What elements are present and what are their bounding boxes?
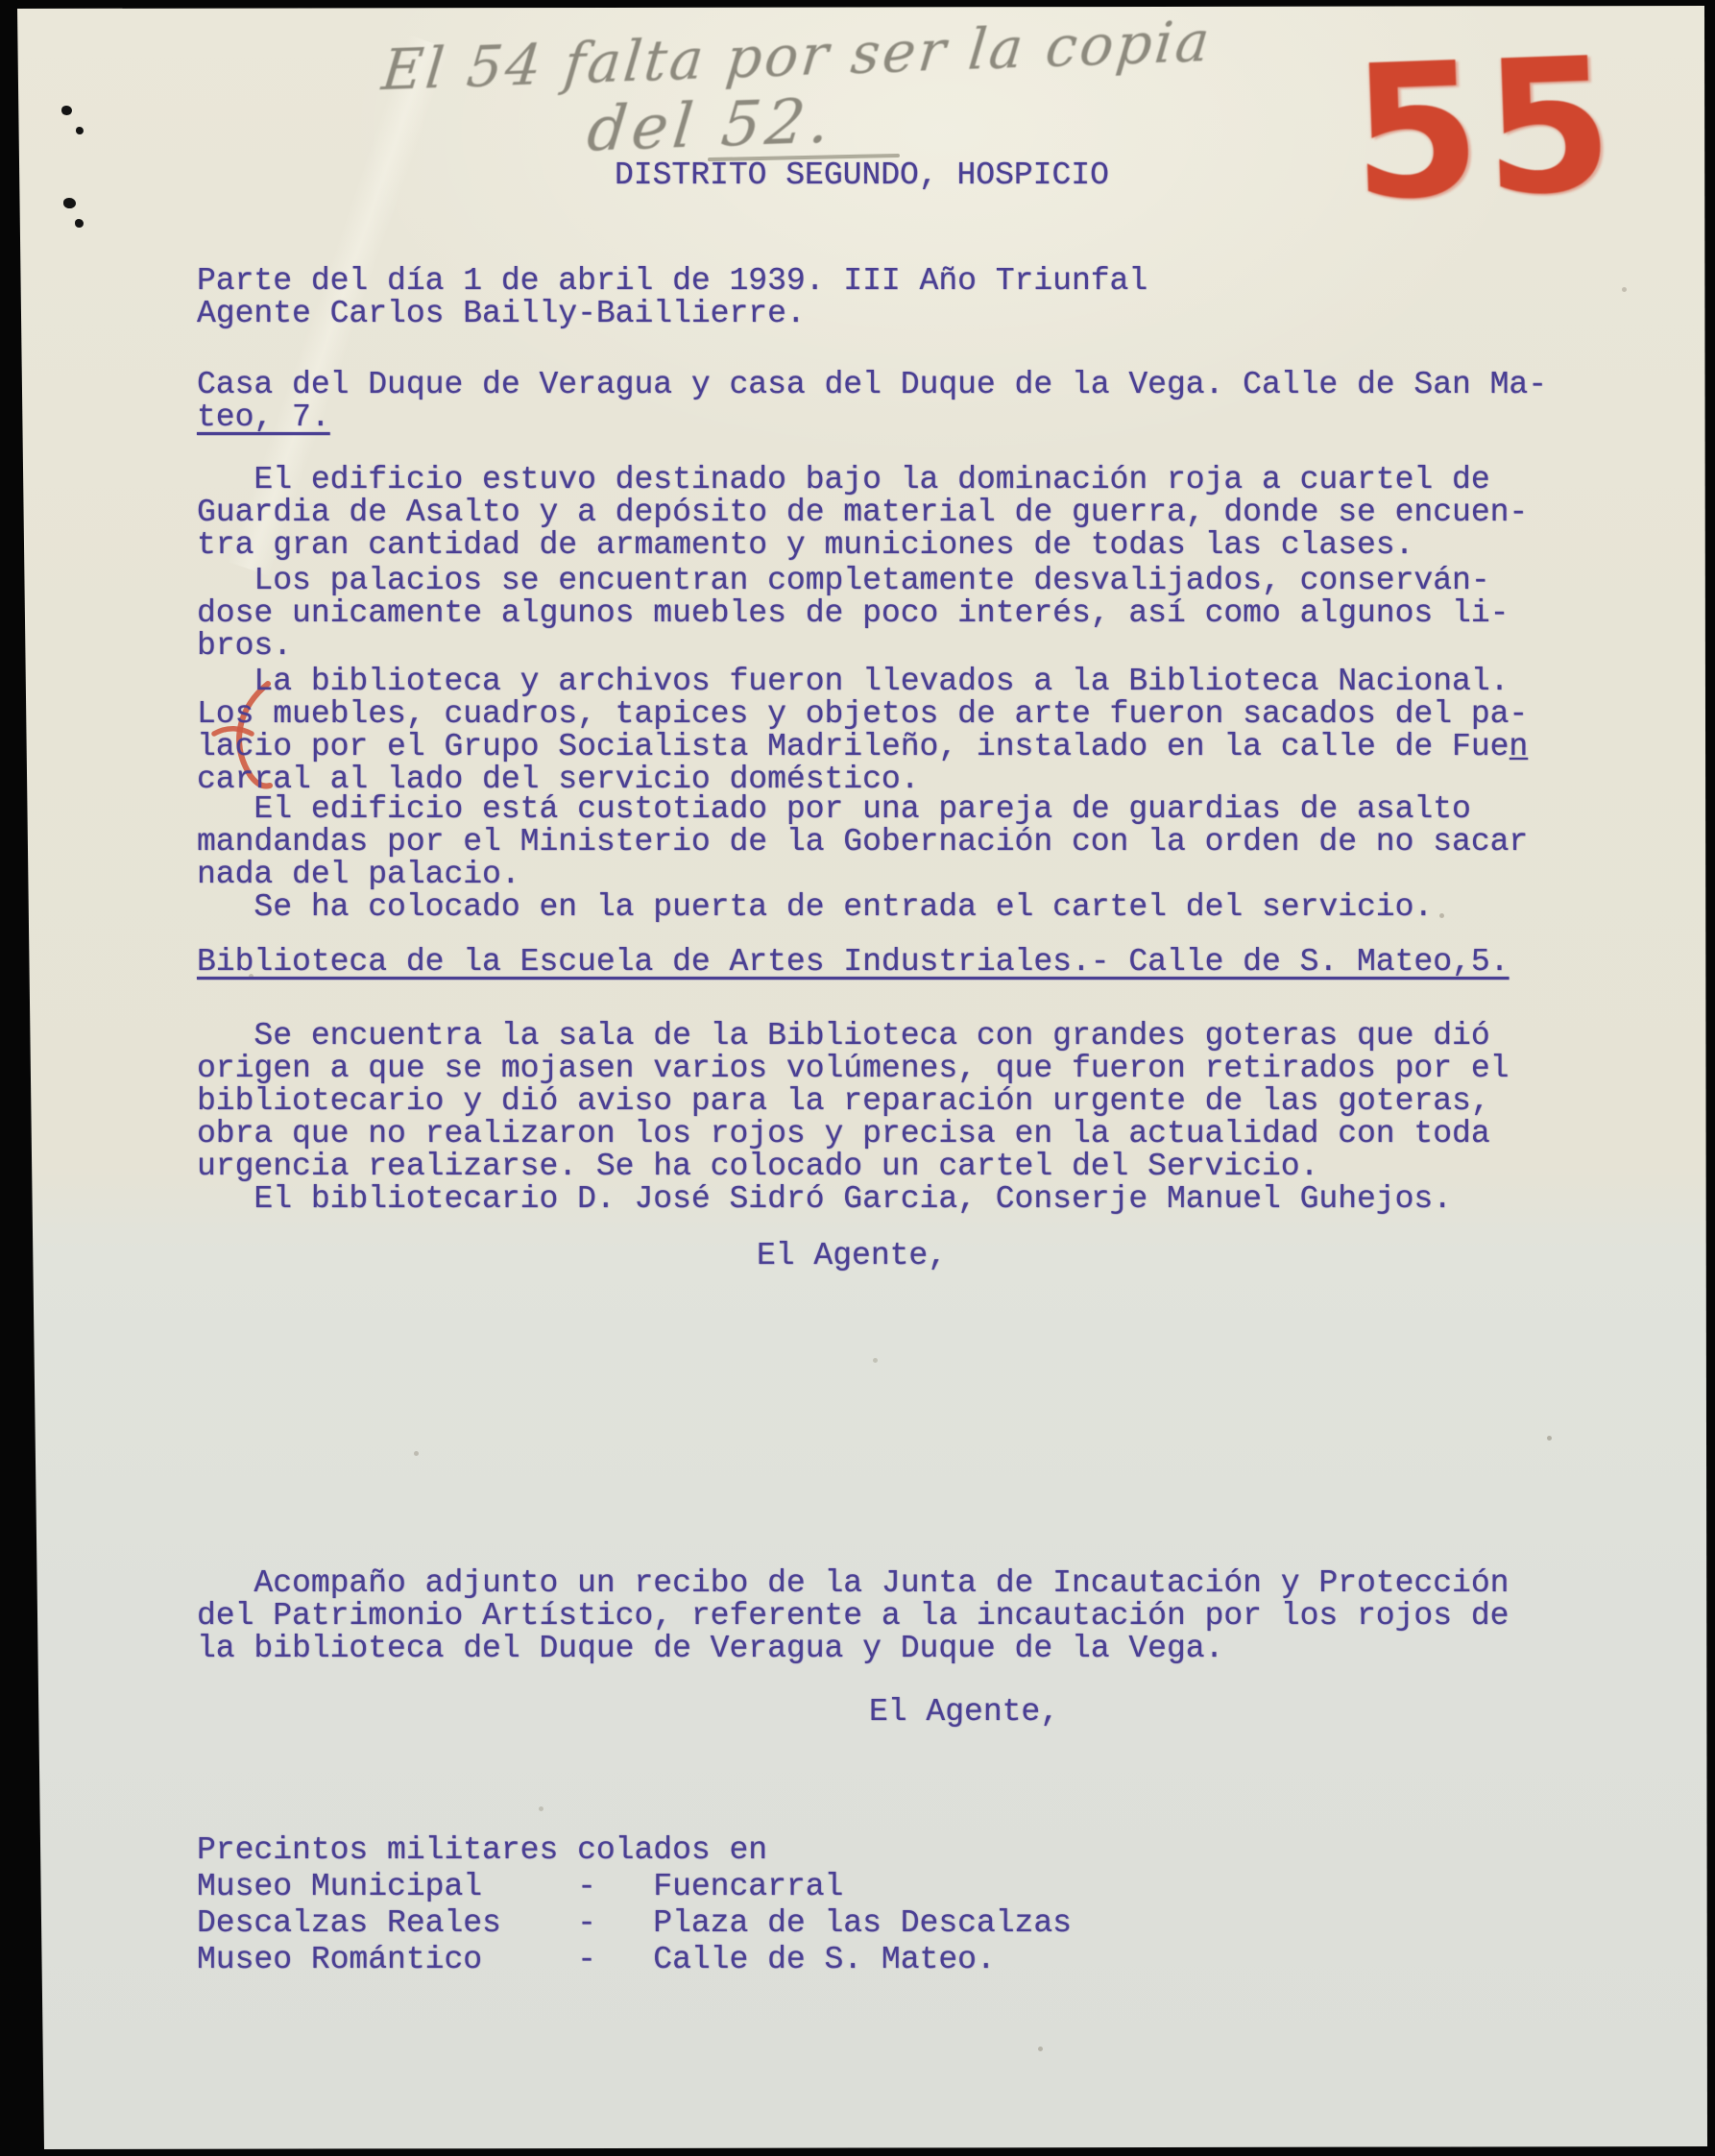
typed-line: urgencia realizarse. Se ha colocado un c… — [197, 1151, 1509, 1183]
typed-line: Biblioteca de la Escuela de Artes Indust… — [197, 946, 1509, 979]
typed-line: origen a que se mojasen varios volúmenes… — [197, 1053, 1509, 1085]
typed-line: tra gran cantidad de armamento y municio… — [197, 529, 1528, 562]
staple-hole — [61, 106, 72, 115]
typed-line: la biblioteca del Duque de Veragua y Duq… — [197, 1633, 1509, 1665]
staple-hole — [63, 198, 76, 208]
typed-line: Parte del día 1 de abril de 1939. III Añ… — [197, 265, 1147, 298]
typed-line: teo, 7. — [197, 401, 1547, 434]
paragraph-goteras: Se encuentra la sala de la Biblioteca co… — [197, 1020, 1509, 1216]
typed-line: Acompaño adjunto un recibo de la Junta d… — [197, 1567, 1509, 1600]
typed-line: Los muebles, cuadros, tapices y objetos … — [197, 698, 1528, 731]
typed-line: obra que no realizaron los rojos y preci… — [197, 1118, 1509, 1151]
typed-line: bros. — [197, 630, 1509, 663]
typed-line: Descalzas Reales - Plaza de las Descalza… — [197, 1905, 1072, 1942]
signature-line-2: El Agente, — [869, 1696, 1059, 1729]
section-heading-escuela-artes: Biblioteca de la Escuela de Artes Indust… — [197, 946, 1509, 979]
paragraph-edificio: El edificio estuvo destinado bajo la dom… — [197, 464, 1528, 562]
pencil-annotation-line2: del 52. — [584, 85, 837, 165]
staple-hole — [75, 219, 84, 228]
paragraph-custodia: El edificio está custotiado por una pare… — [197, 793, 1528, 924]
typed-line: del Patrimonio Artístico, referente a la… — [197, 1600, 1509, 1633]
typed-line: lacio por el Grupo Socialista Madrileño,… — [197, 731, 1528, 763]
typed-line: nada del palacio. — [197, 859, 1528, 891]
typed-line: Se encuentra la sala de la Biblioteca co… — [197, 1020, 1509, 1053]
precintos-list: Precintos militares colados enMuseo Muni… — [197, 1832, 1072, 1978]
typed-line: Guardia de Asalto y a depósito de materi… — [197, 497, 1528, 529]
typed-line: mandandas por el Ministerio de la Gobern… — [197, 826, 1528, 859]
document-title: DISTRITO SEGUNDO, HOSPICIO — [615, 159, 1109, 192]
typed-line: El bibliotecario D. José Sidró Garcia, C… — [197, 1183, 1509, 1216]
typed-line: dose unicamente algunos muebles de poco … — [197, 597, 1509, 630]
section-heading-casa-duque: Casa del Duque de Veragua y casa del Duq… — [197, 369, 1547, 434]
scan-background: El 54 falta por ser la copia del 52. 55 … — [0, 0, 1715, 2156]
typed-line: Museo Municipal - Fuencarral — [197, 1869, 1072, 1905]
paragraph-palacios: Los palacios se encuentran completamente… — [197, 565, 1509, 663]
typed-line: Precintos militares colados en — [197, 1832, 1072, 1869]
folio-number: 55 — [1349, 34, 1620, 227]
typed-line: Museo Romántico - Calle de S. Mateo. — [197, 1942, 1072, 1978]
typed-line: La biblioteca y archivos fueron llevados… — [197, 666, 1528, 698]
typed-line: Los palacios se encuentran completamente… — [197, 565, 1509, 597]
signature-line-1: El Agente, — [757, 1240, 947, 1272]
paragraph-recibo: Acompaño adjunto un recibo de la Junta d… — [197, 1567, 1509, 1665]
typed-line: El edificio estuvo destinado bajo la dom… — [197, 464, 1528, 497]
report-meta: Parte del día 1 de abril de 1939. III Añ… — [197, 265, 1147, 330]
typed-line: Casa del Duque de Veragua y casa del Duq… — [197, 369, 1547, 401]
typed-line: bibliotecario y dió aviso para la repara… — [197, 1085, 1509, 1118]
typed-line: El edificio está custotiado por una pare… — [197, 793, 1528, 826]
paper-specks — [0, 0, 3, 3]
paragraph-biblioteca: La biblioteca y archivos fueron llevados… — [197, 666, 1528, 796]
typed-line: Agente Carlos Bailly-Baillierre. — [197, 298, 1147, 330]
typed-line: Se ha colocado en la puerta de entrada e… — [197, 891, 1528, 924]
staple-hole — [76, 127, 84, 134]
